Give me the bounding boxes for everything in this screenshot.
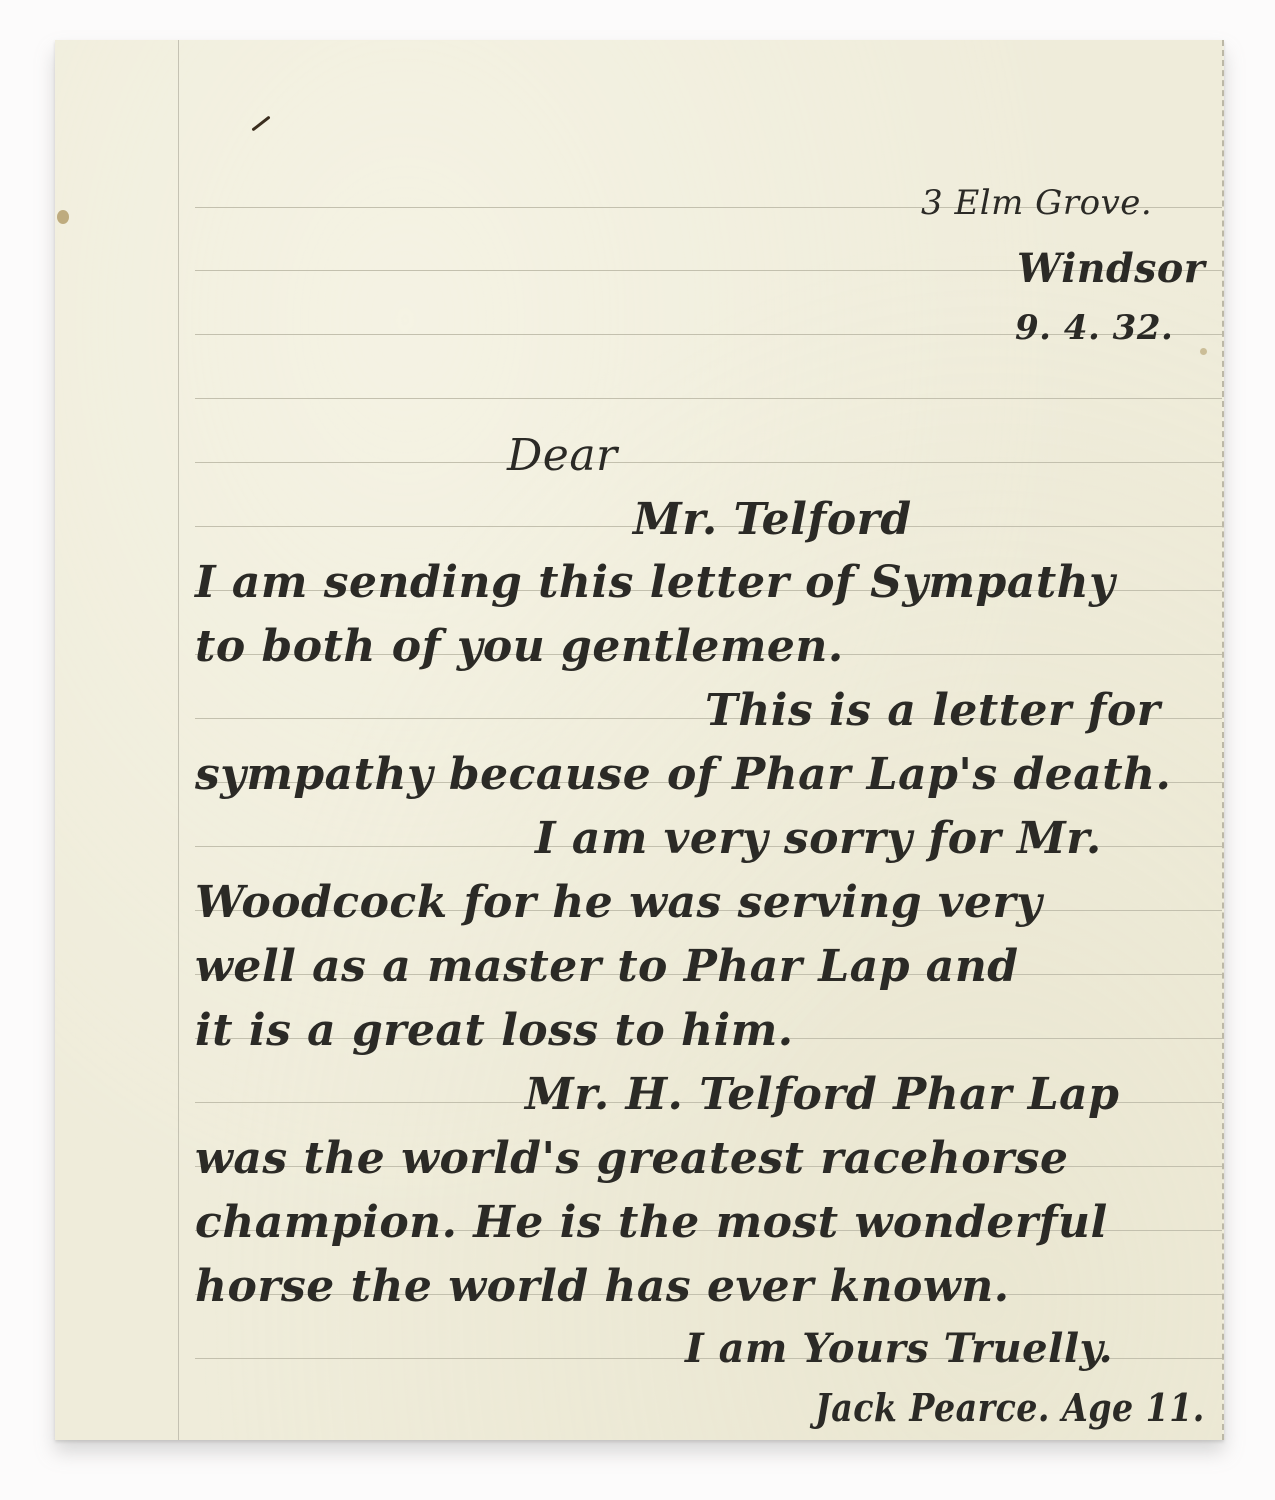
- closing-line: I am Yours Truelly.: [685, 1325, 1113, 1372]
- letter-date: 9. 4. 32.: [1015, 308, 1173, 348]
- body-line-3: This is a letter for: [705, 685, 1160, 736]
- signature: Jack Pearce. Age 11.: [815, 1385, 1205, 1430]
- body-line-8: it is a great loss to him.: [195, 1005, 794, 1056]
- body-line-1: I am sending this letter of Sympathy: [195, 557, 1115, 608]
- corner-pencil-mark: [251, 116, 270, 132]
- body-line-7: well as a master to Phar Lap and: [195, 941, 1019, 992]
- body-line-11: champion. He is the most wonderful: [195, 1197, 1108, 1248]
- margin-line: [178, 40, 179, 1440]
- ruled-line: [195, 398, 1222, 399]
- address-street: 3 Elm Grove.: [921, 183, 1152, 223]
- stain-spot: [1200, 348, 1207, 355]
- stain-spot: [57, 210, 69, 224]
- salutation-recipient: Mr. Telford: [633, 494, 912, 545]
- salutation-greeting: Dear: [507, 430, 618, 481]
- body-line-12: horse the world has ever known.: [195, 1261, 1010, 1312]
- body-line-5: I am very sorry for Mr.: [535, 813, 1102, 864]
- body-line-2: to both of you gentlemen.: [195, 621, 844, 672]
- body-line-6: Woodcock for he was serving very: [195, 877, 1042, 928]
- address-town: Windsor: [1017, 245, 1205, 292]
- body-line-4: sympathy because of Phar Lap's death.: [195, 749, 1171, 800]
- ruled-line: [195, 462, 1222, 463]
- letter-paper: 3 Elm Grove. Windsor 9. 4. 32. Dear Mr. …: [55, 40, 1224, 1440]
- scan-background: 3 Elm Grove. Windsor 9. 4. 32. Dear Mr. …: [0, 0, 1275, 1500]
- body-line-10: was the world's greatest racehorse: [195, 1133, 1069, 1184]
- body-line-9: Mr. H. Telford Phar Lap: [525, 1069, 1119, 1120]
